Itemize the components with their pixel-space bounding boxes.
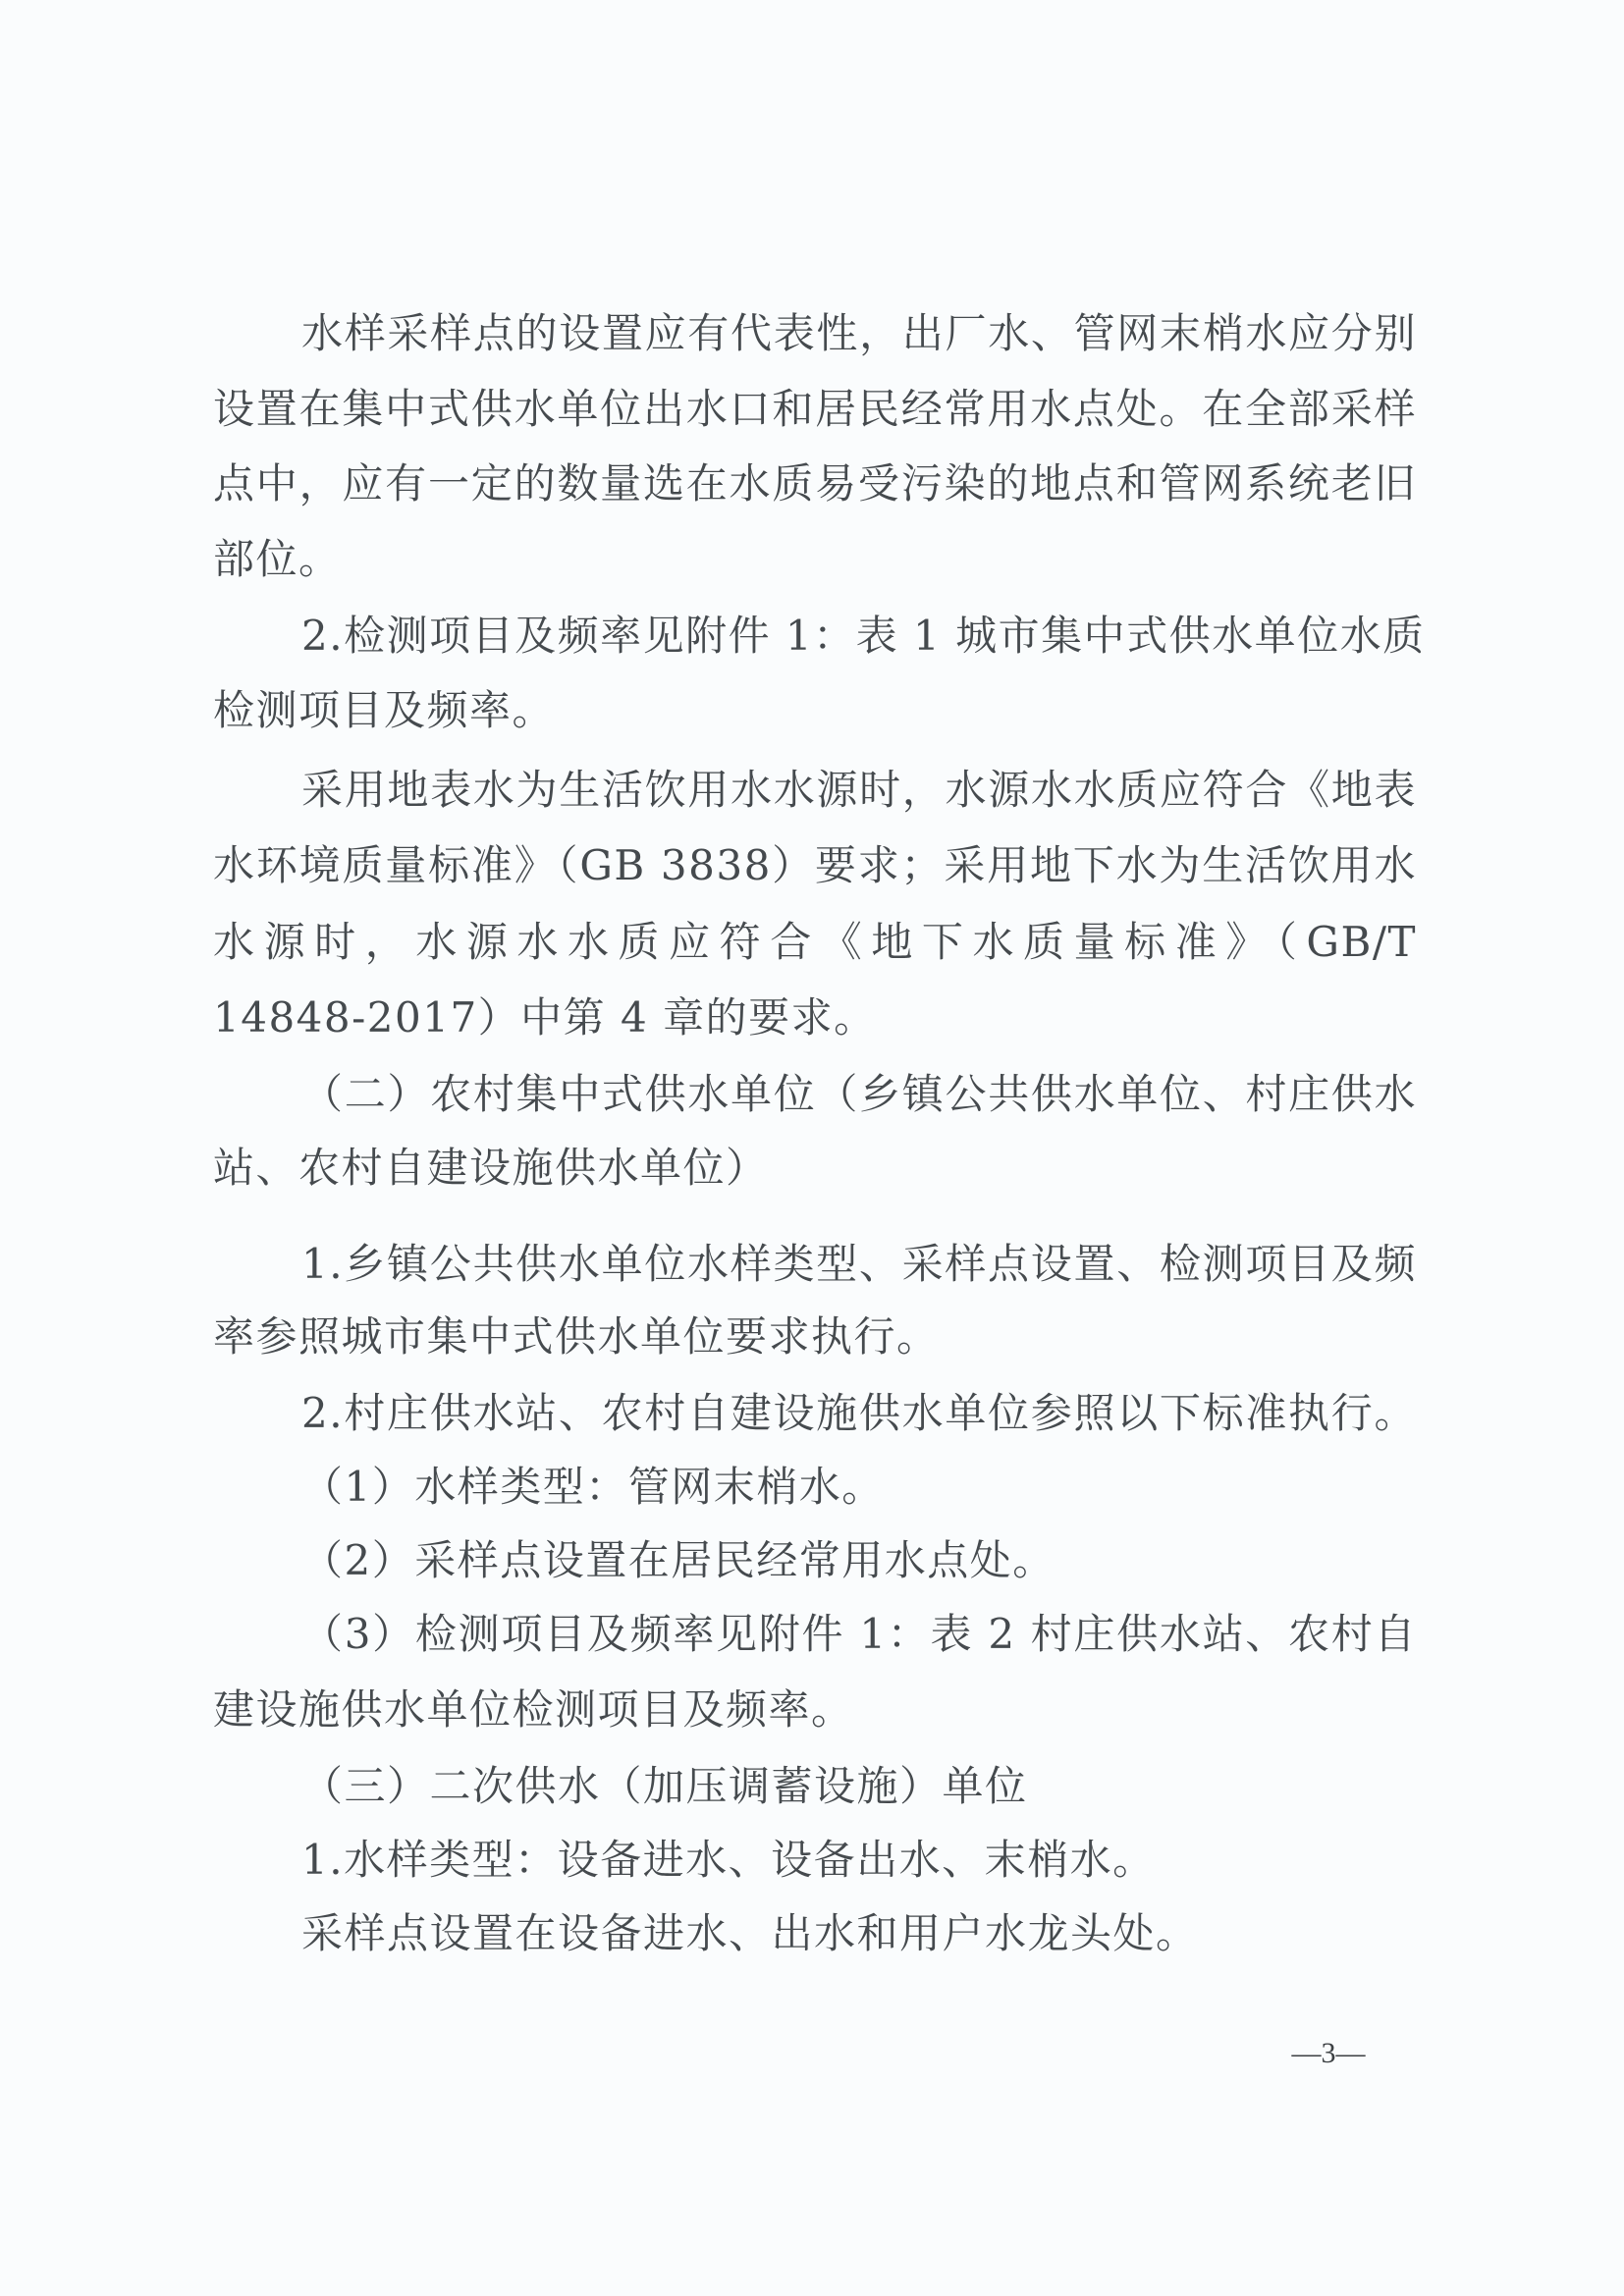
sub-item-3-test-items-line-1: （3）检测项目及频率见附件 1：表 2 村庄供水站、农村自 bbox=[301, 1605, 1417, 1664]
sub-item-1-sample-type: （1）水样类型：管网末梢水。 bbox=[301, 1458, 1417, 1517]
secondary-item-1-sample-type: 1.水样类型：设备进水、设备出水、末梢水。 bbox=[301, 1831, 1417, 1890]
paragraph-sampling-points-line-1: 水样采样点的设置应有代表性，出厂水、管网末梢水应分别 bbox=[301, 304, 1417, 363]
paragraph-sampling-points-line-4: 部位。 bbox=[213, 530, 1417, 589]
paragraph-water-source-line-3: 水源时，水源水水质应符合《地下水质量标准》（GB/T bbox=[213, 913, 1417, 972]
document-page: 水样采样点的设置应有代表性，出厂水、管网末梢水应分别 设置在集中式供水单位出水口… bbox=[0, 0, 1624, 2296]
section-heading-rural-line-1: （二）农村集中式供水单位（乡镇公共供水单位、村庄供水 bbox=[301, 1065, 1417, 1124]
paragraph-water-source-line-1: 采用地表水为生活饮用水水源时，水源水水质应符合《地表 bbox=[301, 761, 1417, 820]
sub-item-2-sampling-location: （2）采样点设置在居民经常用水点处。 bbox=[301, 1531, 1417, 1590]
secondary-sampling-location: 采样点设置在设备进水、出水和用户水龙头处。 bbox=[301, 1904, 1417, 1963]
page-number: —3— bbox=[1274, 2034, 1382, 2073]
paragraph-water-source-line-2: 水环境质量标准》（GB 3838）要求；采用地下水为生活饮用水 bbox=[213, 836, 1417, 895]
item-2-test-items-line-1: 2.检测项目及频率见附件 1：表 1 城市集中式供水单位水质 bbox=[301, 607, 1417, 666]
sub-item-3-test-items-line-2: 建设施供水单位检测项目及频率。 bbox=[213, 1681, 1417, 1739]
section-heading-rural-line-2: 站、农村自建设施供水单位） bbox=[213, 1139, 1417, 1198]
item-2-test-items-line-2: 检测项目及频率。 bbox=[213, 681, 1417, 740]
section-heading-secondary-supply: （三）二次供水（加压调蓄设施）单位 bbox=[301, 1757, 1417, 1816]
rural-item-1-line-2: 率参照城市集中式供水单位要求执行。 bbox=[213, 1308, 1417, 1366]
paragraph-sampling-points-line-3: 点中，应有一定的数量选在水质易受污染的地点和管网系统老旧 bbox=[213, 454, 1417, 513]
rural-item-1-line-1: 1.乡镇公共供水单位水样类型、采样点设置、检测项目及频 bbox=[301, 1235, 1417, 1294]
paragraph-water-source-line-4: 14848-2017）中第 4 章的要求。 bbox=[213, 988, 1417, 1047]
paragraph-sampling-points-line-2: 设置在集中式供水单位出水口和居民经常用水点处。在全部采样 bbox=[213, 380, 1417, 439]
rural-item-2: 2.村庄供水站、农村自建设施供水单位参照以下标准执行。 bbox=[301, 1384, 1417, 1443]
